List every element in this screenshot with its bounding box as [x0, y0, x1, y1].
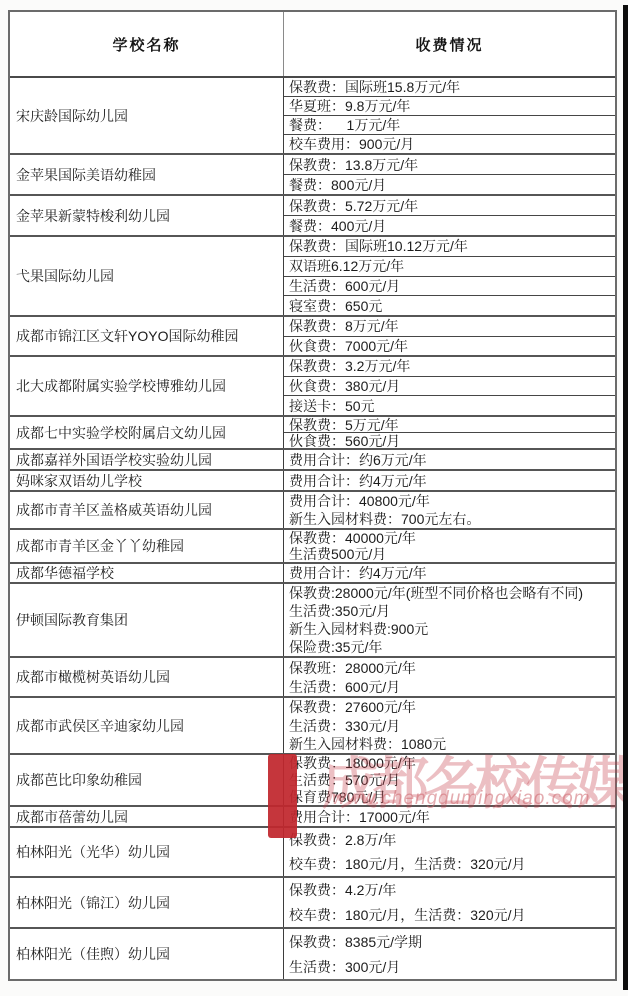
header-school-name: 学校名称	[10, 12, 284, 76]
photo-edge-strip	[623, 5, 628, 990]
fees-cell: 保教费：13.8万元/年餐费：800元/月	[284, 155, 615, 194]
table-row: 金苹果新蒙特梭利幼儿园保教费：5.72万元/年餐费：400元/月	[10, 196, 615, 237]
fees-cell: 保教费：27600元/年生活费：330元/月新生入园材料费：1080元	[284, 698, 615, 753]
school-name-cell: 成都嘉祥外国语学校实验幼儿园	[10, 450, 284, 469]
fees-cell: 保教费：2.8万/年校车费：180元/月，生活费：320元/月	[284, 828, 615, 876]
fee-line: 寝室费：650元	[284, 296, 615, 315]
fee-line: 新生入园材料费：1080元	[284, 735, 615, 753]
fee-line: 校车费用：900元/月	[284, 135, 615, 153]
school-name-cell: 柏林阳光（光华）幼儿园	[10, 828, 284, 876]
fee-line: 校车费：180元/月，生活费：320元/月	[284, 903, 615, 928]
school-name-cell: 妈咪家双语幼儿学校	[10, 471, 284, 490]
table-row: 金苹果国际美语幼稚园保教费：13.8万元/年餐费：800元/月	[10, 155, 615, 196]
fee-line: 双语班6.12万元/年	[284, 257, 615, 277]
fee-line: 保教费：8万元/年	[284, 317, 615, 337]
table-row: 成都市青羊区盖格威英语幼儿园费用合计：40800元/年新生入园材料费：700元左…	[10, 492, 615, 530]
fee-line: 保教费：3.2万元/年	[284, 357, 615, 377]
school-name-cell: 金苹果国际美语幼稚园	[10, 155, 284, 194]
school-name-cell: 伊顿国际教育集团	[10, 584, 284, 656]
school-name-cell: 成都华德福学校	[10, 564, 284, 582]
fees-cell: 保教班：28000元/年生活费：600元/月	[284, 658, 615, 696]
fee-line: 费用合计：约4万元/年	[284, 471, 615, 490]
fee-line: 校车费：180元/月，生活费：320元/月	[284, 852, 615, 876]
fee-line: 保险费:35元/年	[284, 638, 615, 656]
fees-cell: 保教费：国际班10.12万元/年双语班6.12万元/年生活费：600元/月寝室费…	[284, 237, 615, 315]
table-row: 成都市锦江区文轩YOYO国际幼稚园保教费：8万元/年伙食费：7000元/年	[10, 317, 615, 357]
watermark-logo	[268, 754, 297, 838]
fee-line: 餐费：400元/月	[284, 216, 615, 235]
fee-line: 新生入园材料费:900元	[284, 620, 615, 638]
table-row: 成都华德福学校费用合计：约4万元/年	[10, 564, 615, 584]
fee-line: 华夏班：9.8万元/年	[284, 97, 615, 116]
fees-cell: 费用合计：40800元/年新生入园材料费：700元左右。	[284, 492, 615, 528]
table-row: 成都市橄榄树英语幼儿园保教班：28000元/年生活费：600元/月	[10, 658, 615, 698]
fee-line: 保教费：8385元/学期	[284, 929, 615, 954]
fees-cell: 费用合计：约6万元/年	[284, 450, 615, 469]
school-name-cell: 成都七中实验学校附属启文幼儿园	[10, 417, 284, 448]
school-name-cell: 成都芭比印象幼稚园	[10, 755, 284, 805]
fee-line: 保教费：40000元/年	[284, 530, 615, 546]
table-row: 妈咪家双语幼儿学校费用合计：约4万元/年	[10, 471, 615, 492]
fee-line: 保教费:28000元/年(班型不同价格也会略有不同)	[284, 584, 615, 602]
table-row: 北大成都附属实验学校博雅幼儿园保教费：3.2万元/年伙食费：380元/月接送卡：…	[10, 357, 615, 417]
fee-line: 伙食费：380元/月	[284, 377, 615, 397]
fee-line: 生活费：600元/月	[284, 677, 615, 696]
fee-line: 保教费：4.2万/年	[284, 878, 615, 903]
table-row: 成都七中实验学校附属启文幼儿园保教费：5万元/年伙食费：560元/月	[10, 417, 615, 450]
table-header-row: 学校名称 收费情况	[10, 12, 615, 78]
school-name-cell: 柏林阳光（佳煦）幼儿园	[10, 929, 284, 979]
school-name-cell: 弋果国际幼儿园	[10, 237, 284, 315]
fee-line: 接送卡：50元	[284, 396, 615, 415]
fees-cell: 费用合计：约4万元/年	[284, 564, 615, 582]
fee-line: 生活费:350元/月	[284, 602, 615, 620]
fees-cell: 费用合计：17000元/年	[284, 807, 615, 826]
fee-line: 保教费：2.8万/年	[284, 828, 615, 852]
school-name-cell: 成都市蓓蕾幼儿园	[10, 807, 284, 826]
fee-line: 餐费：800元/月	[284, 175, 615, 194]
fee-line: 餐费： 1万元/年	[284, 116, 615, 135]
school-name-cell: 柏林阳光（锦江）幼儿园	[10, 878, 284, 927]
table-row: 成都芭比印象幼稚园保教费：18000元/年生活费：570元/月保育费780元/月	[10, 755, 615, 807]
fee-line: 伙食费：7000元/年	[284, 337, 615, 356]
table-row: 成都嘉祥外国语学校实验幼儿园费用合计：约6万元/年	[10, 450, 615, 471]
fees-cell: 保教费：4.2万/年校车费：180元/月，生活费：320元/月	[284, 878, 615, 927]
school-name-cell: 成都市青羊区金丫丫幼稚园	[10, 530, 284, 562]
fees-cell: 保教费：8万元/年伙食费：7000元/年	[284, 317, 615, 355]
fee-line: 保教费：5万元/年	[284, 417, 615, 433]
fees-cell: 保教费：18000元/年生活费：570元/月保育费780元/月	[284, 755, 615, 805]
fee-line: 费用合计：约4万元/年	[284, 564, 615, 582]
fee-line: 费用合计：17000元/年	[284, 807, 615, 826]
fee-line: 生活费：570元/月	[284, 772, 615, 789]
school-name-cell: 北大成都附属实验学校博雅幼儿园	[10, 357, 284, 415]
table-row: 柏林阳光（光华）幼儿园保教费：2.8万/年校车费：180元/月，生活费：320元…	[10, 828, 615, 878]
fees-cell: 保教费：国际班15.8万元/年华夏班：9.8万元/年餐费： 1万元/年校车费用：…	[284, 78, 615, 153]
table-row: 宋庆龄国际幼儿园保教费：国际班15.8万元/年华夏班：9.8万元/年餐费： 1万…	[10, 78, 615, 155]
fee-line: 保教费：18000元/年	[284, 755, 615, 772]
fee-line: 保育费780元/月	[284, 788, 615, 805]
table-row: 伊顿国际教育集团保教费:28000元/年(班型不同价格也会略有不同)生活费:35…	[10, 584, 615, 658]
table-body: 宋庆龄国际幼儿园保教费：国际班15.8万元/年华夏班：9.8万元/年餐费： 1万…	[10, 78, 615, 979]
fees-cell: 保教费:28000元/年(班型不同价格也会略有不同)生活费:350元/月新生入园…	[284, 584, 615, 656]
fee-line: 保教班：28000元/年	[284, 658, 615, 677]
fees-cell: 保教费：3.2万元/年伙食费：380元/月接送卡：50元	[284, 357, 615, 415]
school-name-cell: 宋庆龄国际幼儿园	[10, 78, 284, 153]
table-row: 柏林阳光（佳煦）幼儿园保教费：8385元/学期生活费：300元/月	[10, 929, 615, 979]
fees-cell: 保教费：5万元/年伙食费：560元/月	[284, 417, 615, 448]
school-name-cell: 成都市青羊区盖格威英语幼儿园	[10, 492, 284, 528]
fees-cell: 保教费：5.72万元/年餐费：400元/月	[284, 196, 615, 235]
table-row: 柏林阳光（锦江）幼儿园保教费：4.2万/年校车费：180元/月，生活费：320元…	[10, 878, 615, 929]
fee-line: 保教费：国际班15.8万元/年	[284, 78, 615, 97]
school-name-cell: 成都市橄榄树英语幼儿园	[10, 658, 284, 696]
fees-cell: 保教费：40000元/年生活费500元/月	[284, 530, 615, 562]
fee-line: 生活费500元/月	[284, 546, 615, 562]
fee-line: 保教费：27600元/年	[284, 698, 615, 716]
school-name-cell: 成都市锦江区文轩YOYO国际幼稚园	[10, 317, 284, 355]
table-row: 弋果国际幼儿园保教费：国际班10.12万元/年双语班6.12万元/年生活费：60…	[10, 237, 615, 317]
fee-line: 费用合计：约6万元/年	[284, 450, 615, 469]
fee-line: 生活费：330元/月	[284, 716, 615, 734]
fees-cell: 费用合计：约4万元/年	[284, 471, 615, 490]
table-row: 成都市武侯区辛迪家幼儿园保教费：27600元/年生活费：330元/月新生入园材料…	[10, 698, 615, 755]
table-row: 成都市蓓蕾幼儿园费用合计：17000元/年	[10, 807, 615, 828]
school-name-cell: 成都市武侯区辛迪家幼儿园	[10, 698, 284, 753]
fee-line: 新生入园材料费：700元左右。	[284, 510, 615, 528]
fee-line: 保教费：国际班10.12万元/年	[284, 237, 615, 257]
fee-line: 生活费：300元/月	[284, 954, 615, 979]
school-name-cell: 金苹果新蒙特梭利幼儿园	[10, 196, 284, 235]
fees-table: 学校名称 收费情况 宋庆龄国际幼儿园保教费：国际班15.8万元/年华夏班：9.8…	[8, 10, 617, 981]
fee-line: 保教费：5.72万元/年	[284, 196, 615, 216]
fee-line: 生活费：600元/月	[284, 277, 615, 297]
header-fees: 收费情况	[284, 12, 615, 76]
fee-line: 伙食费：560元/月	[284, 433, 615, 448]
fees-cell: 保教费：8385元/学期生活费：300元/月	[284, 929, 615, 979]
table-row: 成都市青羊区金丫丫幼稚园保教费：40000元/年生活费500元/月	[10, 530, 615, 564]
fee-line: 费用合计：40800元/年	[284, 492, 615, 510]
fee-line: 保教费：13.8万元/年	[284, 155, 615, 175]
